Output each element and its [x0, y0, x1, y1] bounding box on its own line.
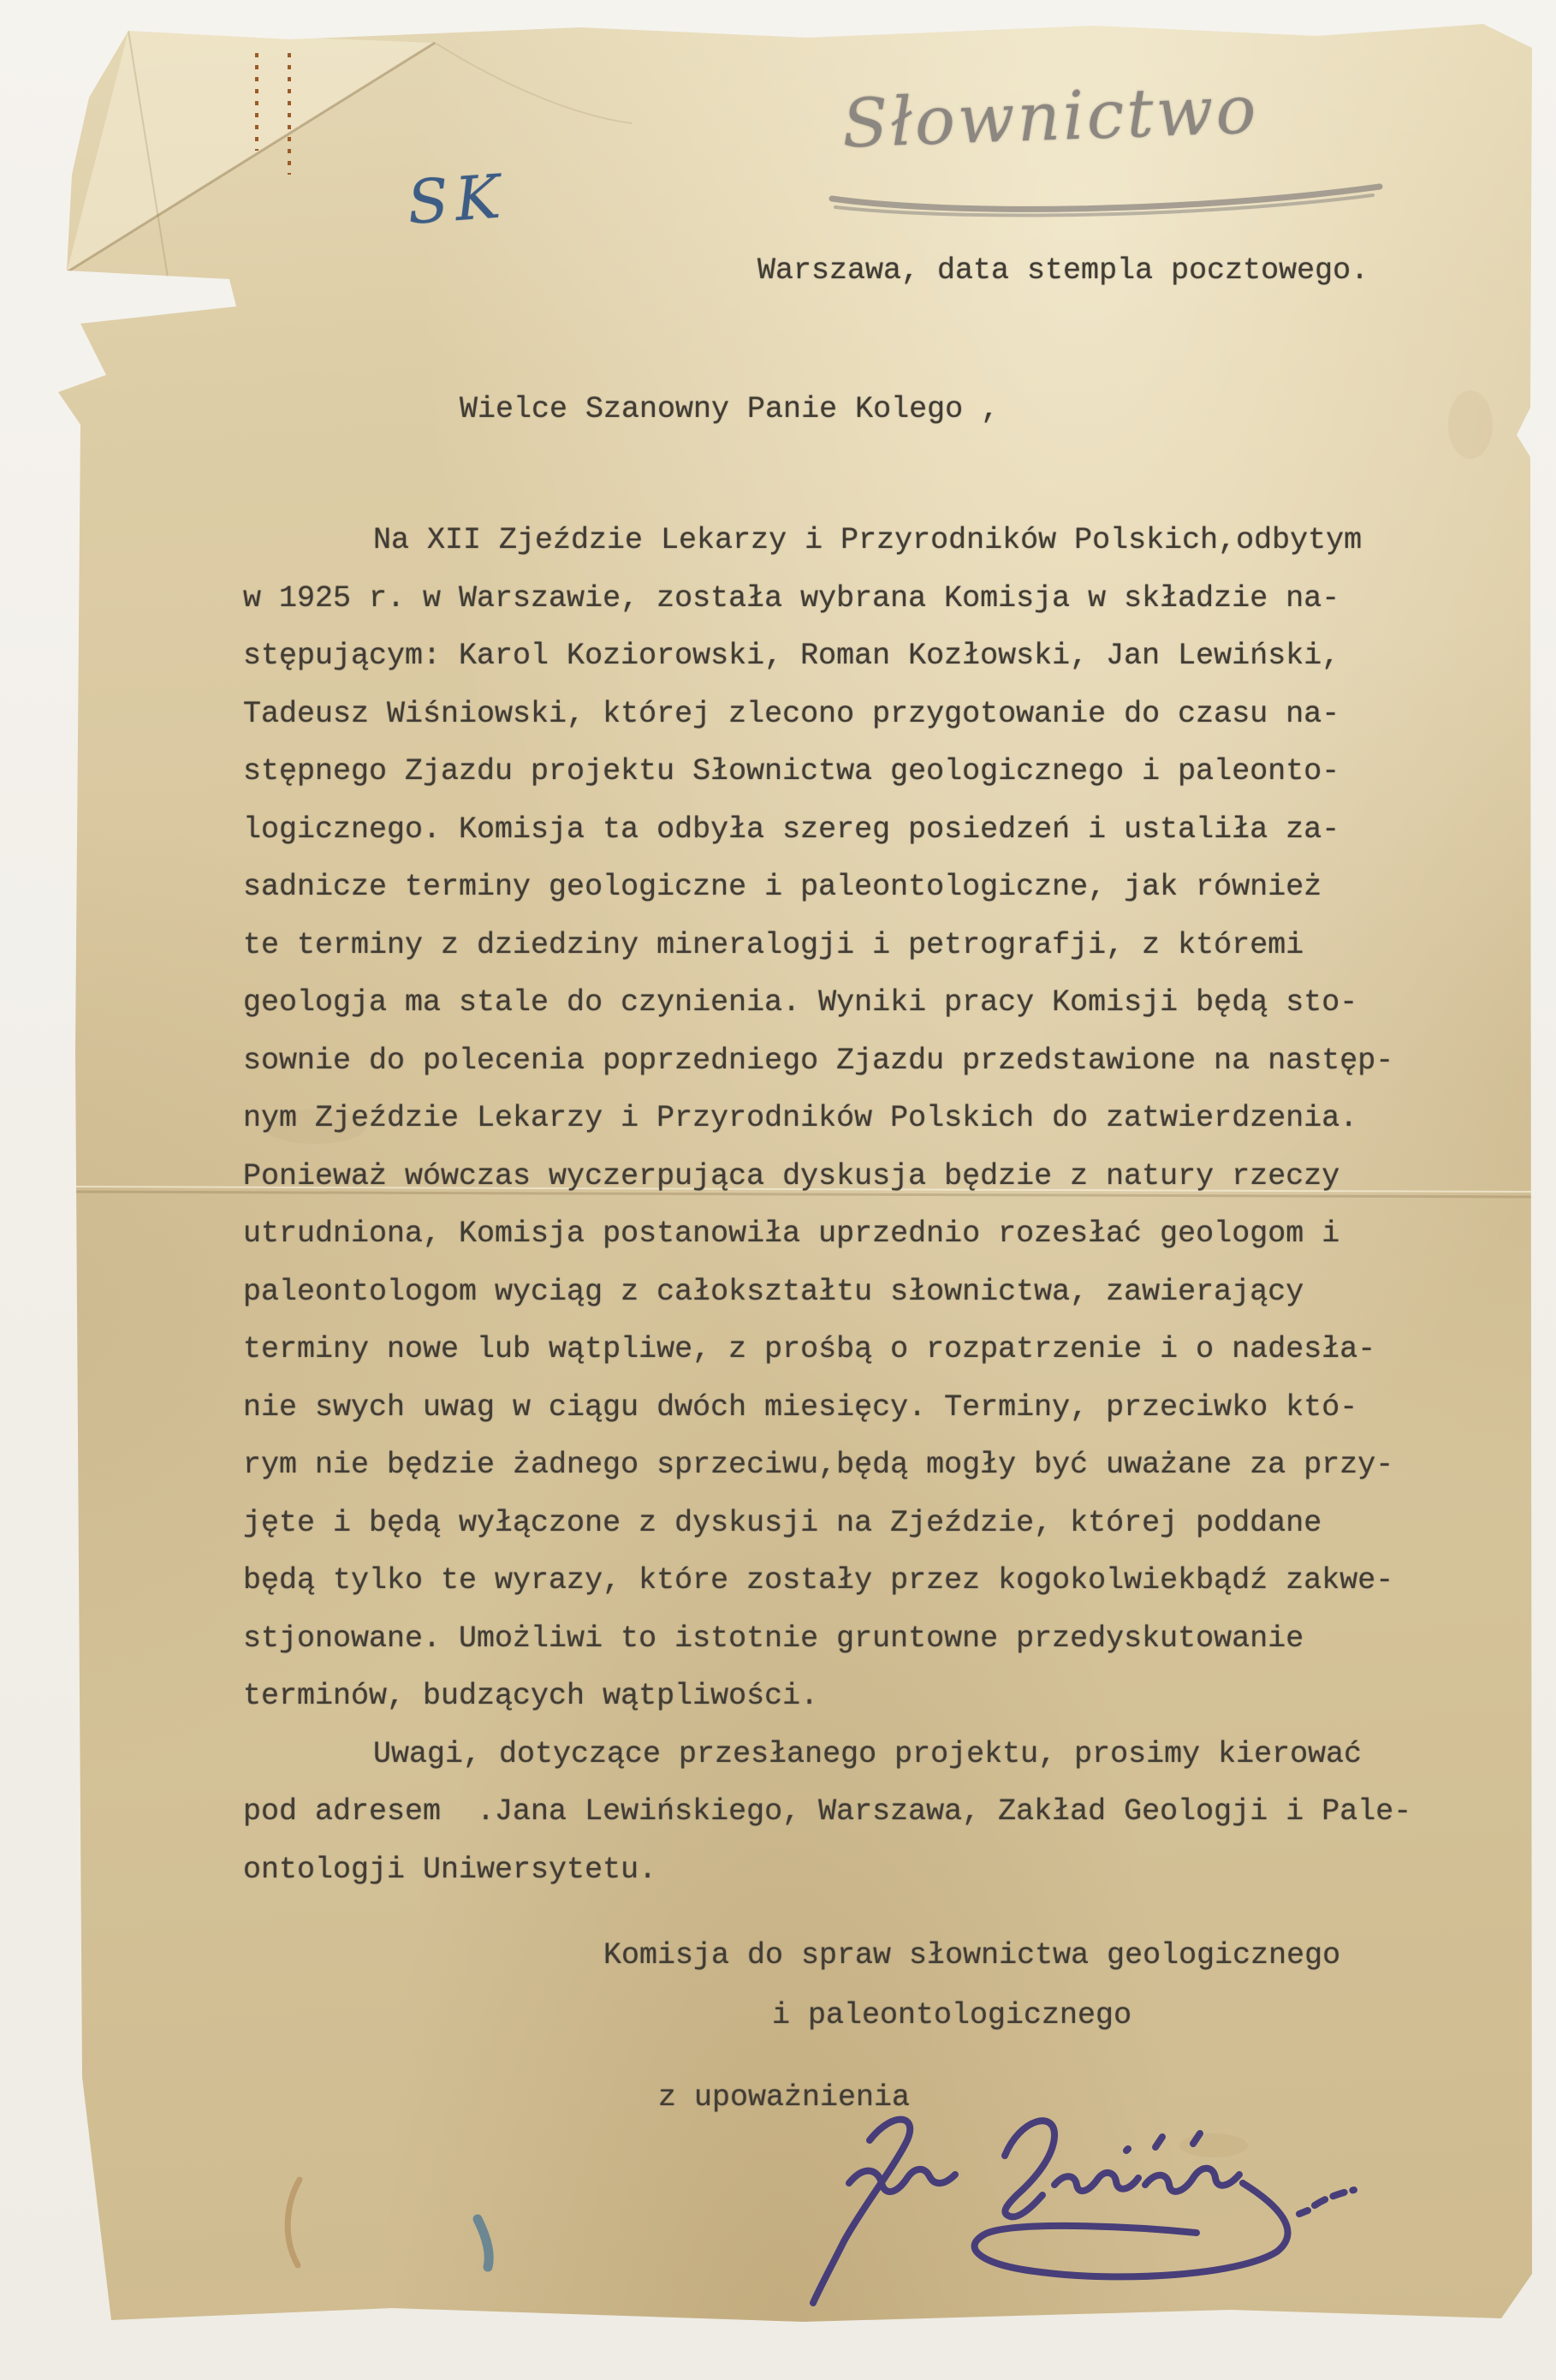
letter-line: sadnicze terminy geologiczne i paleontol… [243, 859, 1476, 917]
title-underline [825, 170, 1390, 224]
letter-line: nie swych uwag w ciągu dwóch miesięcy. T… [243, 1379, 1476, 1437]
letter-line: Na XII Zjeździe Lekarzy i Przyrodników P… [243, 512, 1476, 570]
letter-line: będą tylko te wyrazy, które zostały prze… [243, 1552, 1476, 1610]
closing-committee-line2: i paleontologicznego [772, 1998, 1131, 2032]
handwritten-title: Słownictwo [841, 72, 1260, 164]
folded-corner [67, 31, 435, 272]
letter-line: stępnego Zjazdu projektu Słownictwa geol… [243, 743, 1476, 801]
signature-scrawl [760, 2101, 1376, 2315]
blue-ink-smudge [478, 2219, 489, 2267]
scanned-letter: SK Słownictwo Warszawa, data stempla poc… [0, 0, 1556, 2380]
letter-line: utrudniona, Komisja postanowiła uprzedni… [243, 1205, 1476, 1264]
letter-line: geologja ma stale do czynienia. Wyniki p… [243, 974, 1476, 1032]
letter-line: stępującym: Karol Koziorowski, Roman Koz… [243, 628, 1476, 686]
closing-committee-line1: Komisja do spraw słownictwa geologiczneg… [603, 1938, 1340, 1972]
letter-line: jęte i będą wyłączone z dyskusji na Zjeź… [243, 1495, 1476, 1553]
salutation: Wielce Szanowny Panie Kolego , [460, 392, 999, 426]
letter-page: SK Słownictwo Warszawa, data stempla poc… [33, 22, 1532, 2323]
letter-line: pod adresem .Jana Lewińskiego, Warszawa,… [243, 1783, 1476, 1842]
letter-line: nym Zjeździe Lekarzy i Przyrodników Pols… [243, 1090, 1476, 1148]
letter-line: terminów, budzących wątpliwości. [243, 1668, 1476, 1726]
letter-line: stjonowane. Umożliwi to istotnie gruntow… [243, 1610, 1476, 1669]
letter-line: te terminy z dziedziny mineralogji i pet… [243, 917, 1476, 975]
letter-line: Ponieważ wówczas wyczerpująca dyskusja b… [243, 1148, 1476, 1206]
letter-line: Tadeusz Wiśniowski, której zlecono przyg… [243, 686, 1476, 744]
letter-line: rym nie będzie żadnego sprzeciwu,będą mo… [243, 1437, 1476, 1495]
letter-line: logicznego. Komisja ta odbyła szereg pos… [243, 801, 1476, 860]
letter-body: Na XII Zjeździe Lekarzy i Przyrodników P… [243, 512, 1476, 1899]
letter-line: ontologji Uniwersytetu. [243, 1842, 1476, 1900]
letter-line: terminy nowe lub wątpliwe, z prośbą o ro… [243, 1321, 1476, 1379]
letter-line: sownie do polecenia poprzedniego Zjazdu … [243, 1032, 1476, 1091]
handwritten-initials: SK [405, 161, 509, 238]
letter-line: w 1925 r. w Warszawie, została wybrana K… [243, 570, 1476, 628]
rust-smudge [288, 2180, 300, 2265]
letter-line: paleontologom wyciąg z całokształtu słow… [243, 1264, 1476, 1322]
letter-line: Uwagi, dotyczące przesłanego projektu, p… [243, 1726, 1476, 1784]
dateline: Warszawa, data stempla pocztowego. [757, 253, 1369, 288]
